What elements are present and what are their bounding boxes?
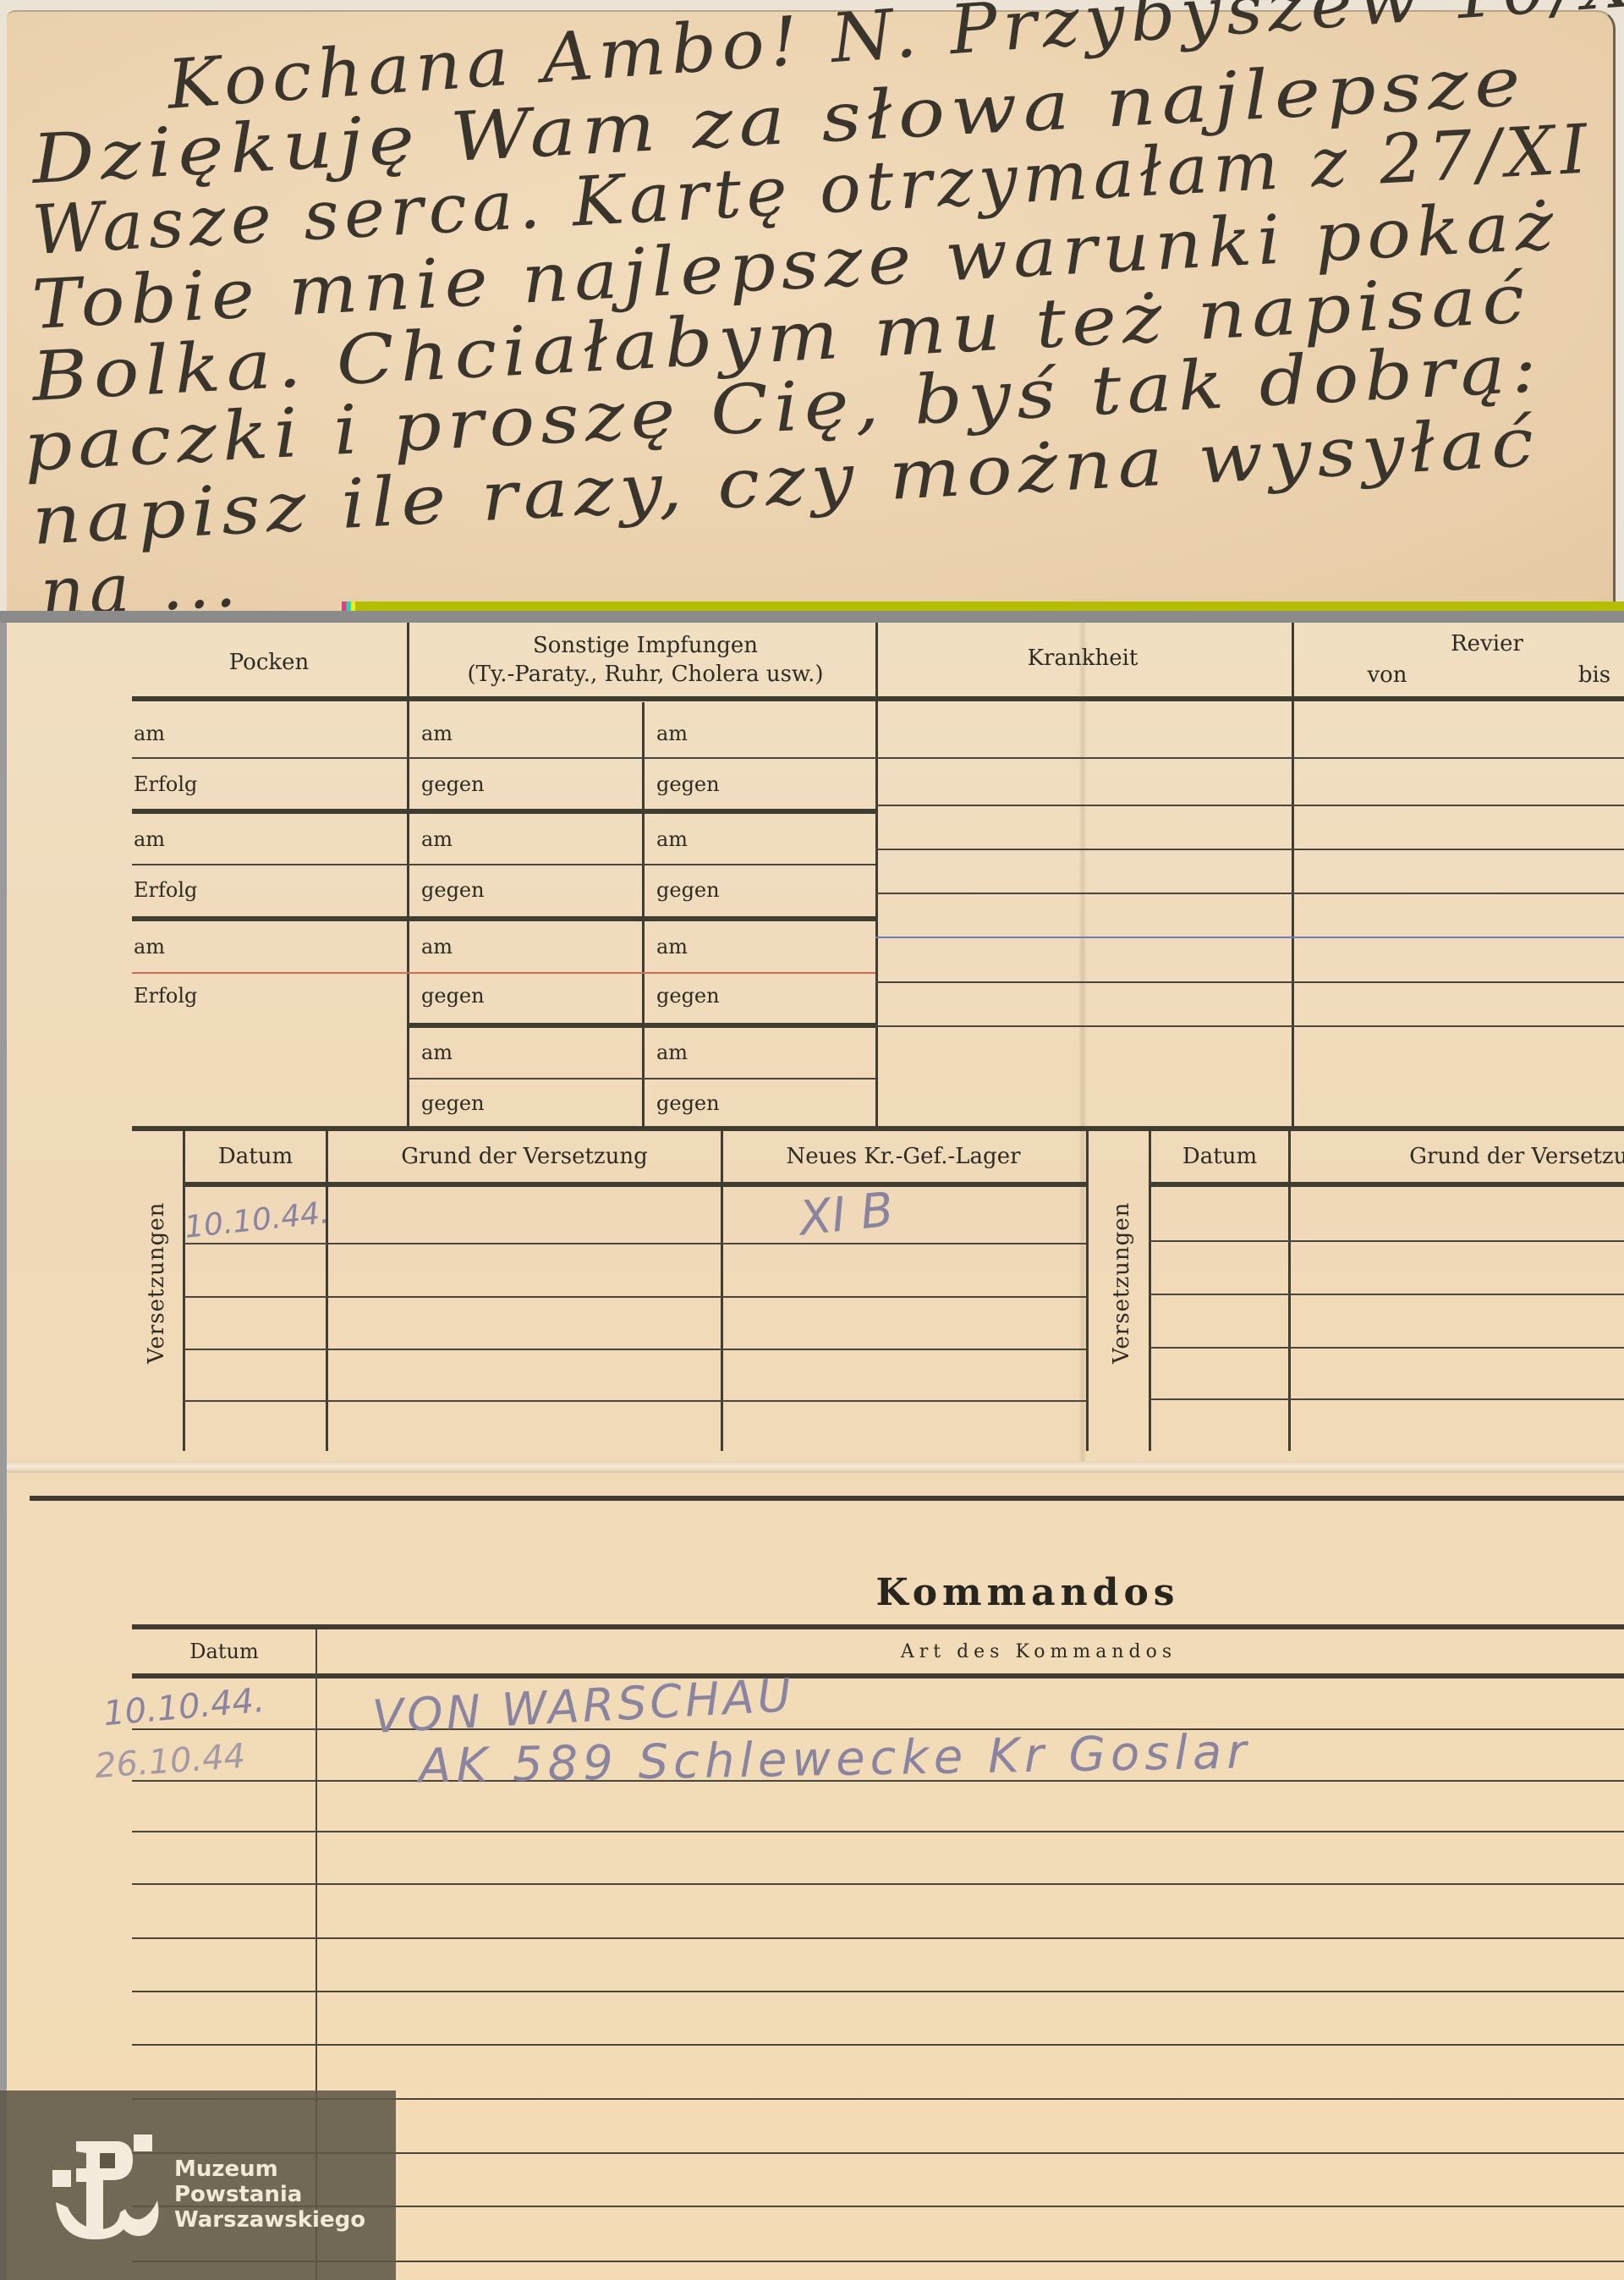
kotwica-anchor-logo-icon bbox=[52, 2134, 162, 2244]
row-rule bbox=[875, 757, 1624, 759]
sonstige-gegen-label: gegen bbox=[421, 986, 485, 1006]
column-divider bbox=[1292, 623, 1294, 1126]
row-rule bbox=[875, 893, 1624, 894]
pocken-am-label: am bbox=[134, 937, 165, 957]
header-bottom-rule bbox=[132, 1673, 1624, 1678]
row-rule bbox=[875, 937, 1624, 938]
sonstige-impfungen-subheader: (Ty.-Paraty., Ruhr, Cholera usw.) bbox=[467, 663, 823, 685]
museum-name-line1: Muzeum bbox=[174, 2156, 365, 2182]
pocken-erfolg-label: Erfolg bbox=[134, 774, 197, 794]
pow-record-form bbox=[7, 623, 1624, 2280]
sonstige-gegen-label: gegen bbox=[421, 1093, 485, 1113]
row-rule bbox=[875, 849, 1624, 850]
header-rule bbox=[132, 696, 1624, 701]
pocken-header: Pocken bbox=[229, 651, 310, 673]
kommando-datum-value: 26.10.44 bbox=[94, 1739, 246, 1783]
revier-header: Revier bbox=[1451, 633, 1523, 655]
sonstige-gegen-label: gegen bbox=[421, 880, 485, 900]
row-rule bbox=[132, 972, 875, 974]
versetzungen-side-label: Versetzungen bbox=[145, 1202, 167, 1364]
column-divider bbox=[642, 702, 645, 1126]
section-rule bbox=[132, 1126, 1624, 1131]
row-rule bbox=[183, 1243, 1086, 1244]
row-rule bbox=[132, 1883, 1624, 1885]
revier-von-label: von bbox=[1367, 664, 1407, 686]
scan-strip bbox=[355, 602, 1624, 611]
sonstige-gegen-label: gegen bbox=[656, 986, 720, 1006]
sonstige-am-label: am bbox=[656, 1042, 688, 1063]
row-rule bbox=[183, 1296, 1086, 1298]
section-rule bbox=[30, 1496, 1624, 1501]
versetzung-datum-header: Datum bbox=[1182, 1145, 1257, 1167]
row-rule bbox=[407, 1078, 875, 1080]
row-rule bbox=[132, 916, 875, 921]
row-rule bbox=[1149, 1294, 1624, 1295]
row-rule bbox=[407, 1023, 875, 1028]
sonstige-gegen-label: gegen bbox=[656, 880, 720, 900]
row-rule bbox=[132, 1991, 1624, 1992]
column-divider bbox=[1086, 1131, 1089, 1451]
sonstige-gegen-label: gegen bbox=[656, 1093, 720, 1113]
kommando-datum-header: Datum bbox=[189, 1641, 258, 1662]
row-rule bbox=[875, 981, 1624, 983]
versetzungen-side-label: Versetzungen bbox=[1111, 1202, 1133, 1364]
column-divider bbox=[1149, 1131, 1151, 1451]
row-rule bbox=[183, 1400, 1086, 1402]
row-rule bbox=[132, 1728, 1624, 1730]
row-rule bbox=[132, 809, 875, 814]
museum-name: Muzeum Powstania Warszawskiego bbox=[174, 2156, 365, 2233]
row-rule bbox=[132, 1937, 1624, 1939]
versetzung-lager-header: Neues Kr.-Gef.-Lager bbox=[786, 1145, 1020, 1167]
versetzung-datum-header: Datum bbox=[218, 1145, 293, 1167]
sonstige-am-label: am bbox=[421, 937, 453, 957]
pocken-erfolg-label: Erfolg bbox=[134, 986, 197, 1006]
sonstige-am-label: am bbox=[421, 1042, 453, 1063]
pocken-erfolg-label: Erfolg bbox=[134, 880, 197, 900]
kommando-art-value: AK 589 Schlewecke Kr Goslar bbox=[419, 1728, 1252, 1790]
row-rule bbox=[1149, 1240, 1624, 1242]
scan-divider-bar bbox=[0, 611, 1624, 623]
column-divider bbox=[721, 1131, 723, 1451]
kommandos-title: Kommandos bbox=[875, 1571, 1179, 1614]
row-rule bbox=[132, 757, 875, 759]
kommando-art-header: Art des Kommandos bbox=[901, 1643, 1177, 1662]
versetzung-lager-value: XI B bbox=[797, 1186, 895, 1243]
column-divider bbox=[407, 623, 409, 1126]
pocken-am-label: am bbox=[134, 829, 165, 849]
row-rule bbox=[875, 805, 1624, 806]
museum-name-line2: Powstania bbox=[174, 2182, 365, 2207]
krankheit-header: Krankheit bbox=[1028, 647, 1138, 669]
sonstige-am-label: am bbox=[421, 829, 453, 849]
header-top-rule bbox=[132, 1624, 1624, 1629]
revier-bis-label: bis bbox=[1578, 664, 1610, 686]
museum-name-line3: Warszawskiego bbox=[174, 2207, 365, 2233]
paper-fold bbox=[7, 1461, 1624, 1473]
row-rule bbox=[1149, 1347, 1624, 1349]
pocken-am-label: am bbox=[134, 723, 165, 744]
versetzung-grund-header: Grund der Versetzung bbox=[401, 1145, 648, 1167]
row-rule bbox=[132, 1831, 1624, 1832]
column-divider bbox=[875, 623, 878, 1126]
row-rule bbox=[183, 1349, 1086, 1350]
letter-card: Kochana Ambo! N. Przybyszew 10/XII/4 Dzi… bbox=[7, 10, 1616, 619]
sonstige-am-label: am bbox=[656, 723, 688, 744]
row-rule bbox=[132, 864, 875, 865]
sonstige-am-label: am bbox=[656, 937, 688, 957]
sonstige-gegen-label: gegen bbox=[656, 774, 720, 794]
handwritten-letter-section: Kochana Ambo! N. Przybyszew 10/XII/4 Dzi… bbox=[0, 0, 1624, 611]
column-divider bbox=[183, 1131, 185, 1451]
sonstige-impfungen-header: Sonstige Impfungen bbox=[533, 635, 758, 657]
column-divider bbox=[1288, 1131, 1291, 1451]
column-divider bbox=[326, 1131, 328, 1451]
header-rule bbox=[183, 1182, 1086, 1187]
header-rule bbox=[1149, 1182, 1624, 1187]
sonstige-am-label: am bbox=[656, 829, 688, 849]
versetzung-grund-header: Grund der Versetzung bbox=[1409, 1145, 1624, 1167]
row-rule bbox=[875, 1025, 1624, 1027]
sonstige-am-label: am bbox=[421, 723, 453, 744]
row-rule bbox=[132, 2044, 1624, 2046]
sonstige-gegen-label: gegen bbox=[421, 774, 485, 794]
row-rule bbox=[1149, 1398, 1624, 1400]
museum-watermark: Muzeum Powstania Warszawskiego bbox=[0, 2090, 396, 2280]
